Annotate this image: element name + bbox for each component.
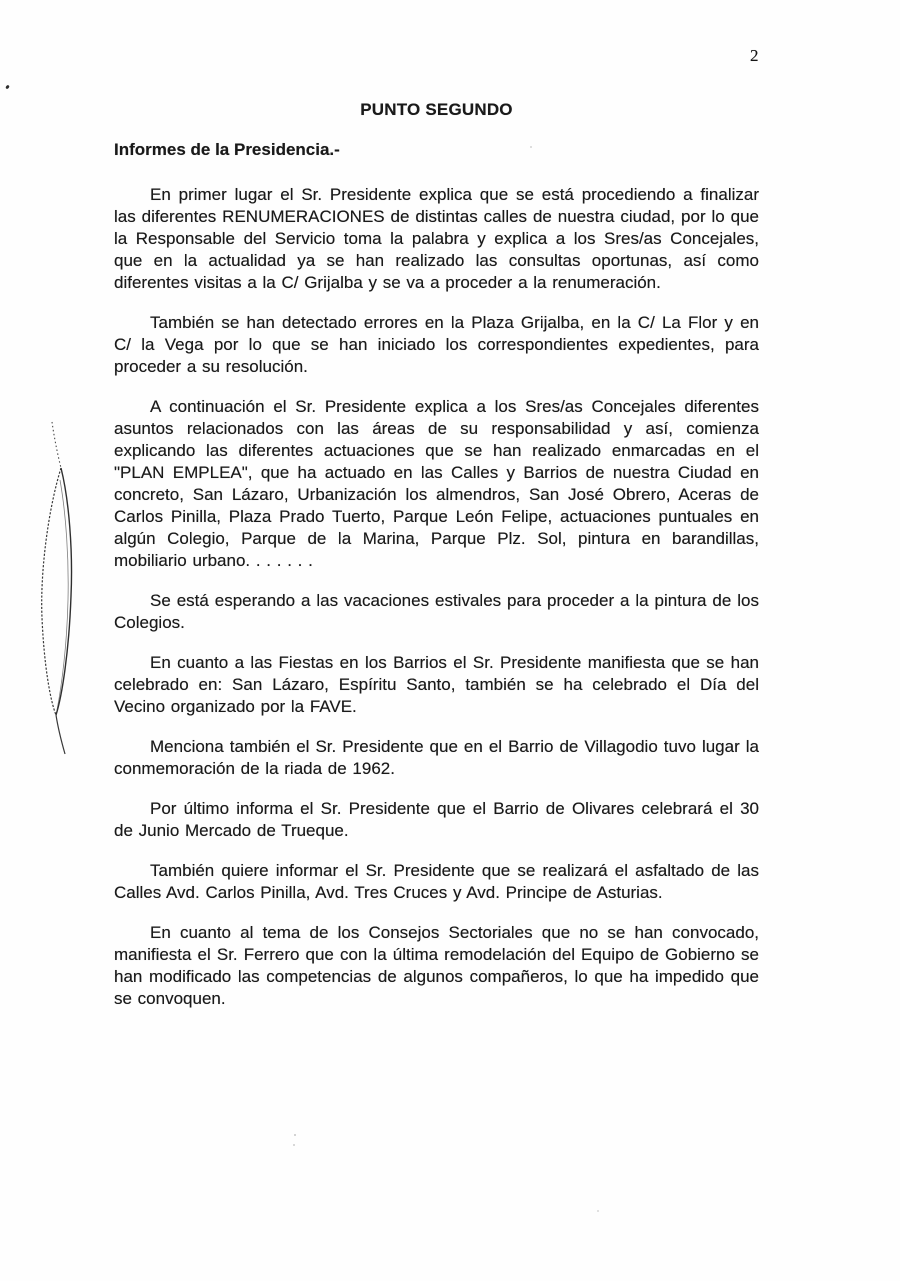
paragraph: En cuanto a las Fiestas en los Barrios e… — [114, 652, 759, 718]
paragraph: También se han detectado errores en la P… — [114, 312, 759, 378]
scan-speck — [5, 85, 10, 90]
document-page: 2 PUNTO SEGUNDO Informes de la Presidenc… — [0, 0, 900, 1281]
scan-speck — [293, 1144, 295, 1146]
paragraph: Por último informa el Sr. Presidente que… — [114, 798, 759, 842]
section-heading: Informes de la Presidencia.- — [114, 140, 759, 160]
document-content: PUNTO SEGUNDO Informes de la Presidencia… — [114, 100, 759, 1028]
paragraph: Menciona también el Sr. Presidente que e… — [114, 736, 759, 780]
scan-speck — [294, 1134, 296, 1136]
paragraph: También quiere informar el Sr. President… — [114, 860, 759, 904]
page-number: 2 — [750, 46, 759, 66]
paragraph: En primer lugar el Sr. Presidente explic… — [114, 184, 759, 294]
paragraph: En cuanto al tema de los Consejos Sector… — [114, 922, 759, 1010]
scan-speck — [597, 1210, 599, 1212]
document-title: PUNTO SEGUNDO — [114, 100, 759, 120]
paragraph: A continuación el Sr. Presidente explica… — [114, 396, 759, 572]
margin-pen-mark-icon — [35, 418, 80, 763]
paragraph: Se está esperando a las vacaciones estiv… — [114, 590, 759, 634]
document-body: En primer lugar el Sr. Presidente explic… — [114, 184, 759, 1010]
